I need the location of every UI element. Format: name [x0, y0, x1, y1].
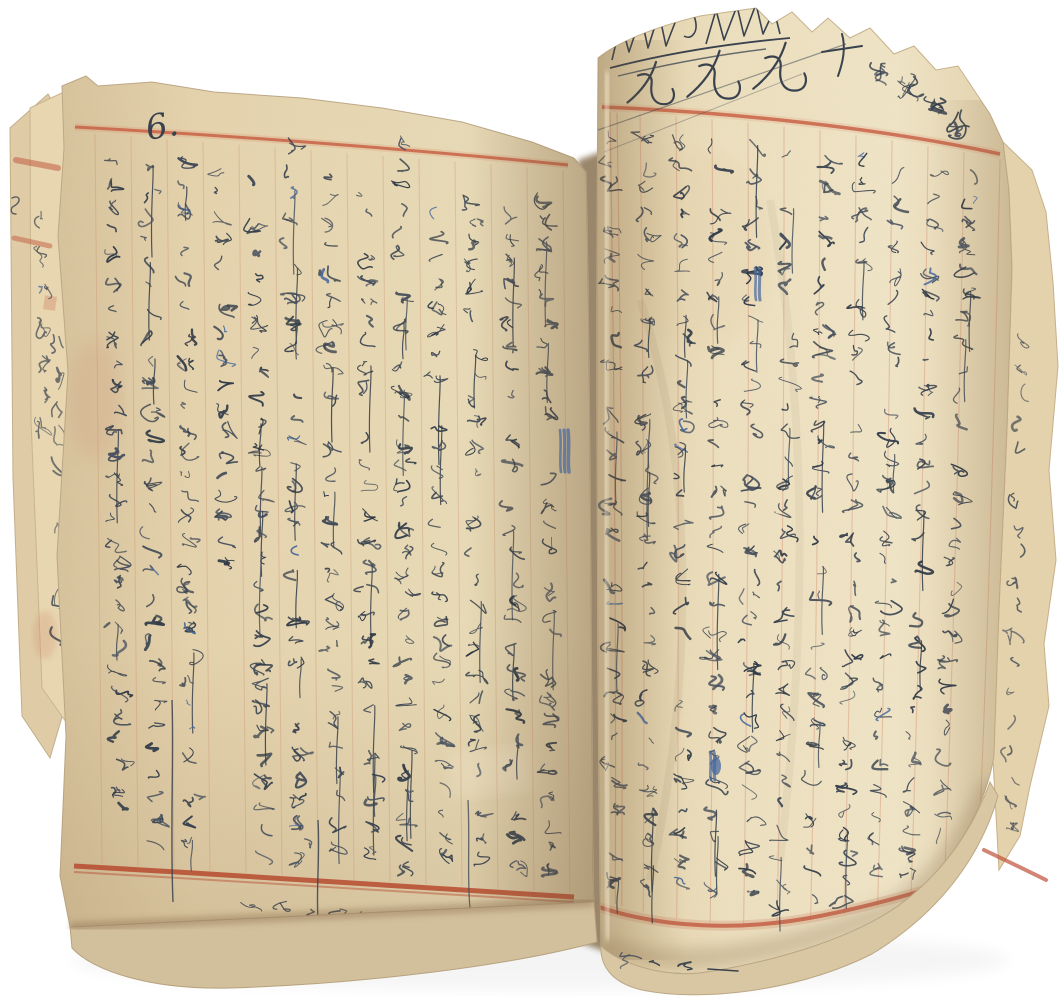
red-margin-line — [984, 850, 1046, 880]
photo-stage: 6. — [0, 0, 1061, 1002]
manuscript-photo: 6. — [0, 0, 1061, 1002]
page-number: 6. — [143, 104, 182, 149]
left-page: 6. — [55, 70, 605, 970]
right-page — [560, 0, 1015, 990]
